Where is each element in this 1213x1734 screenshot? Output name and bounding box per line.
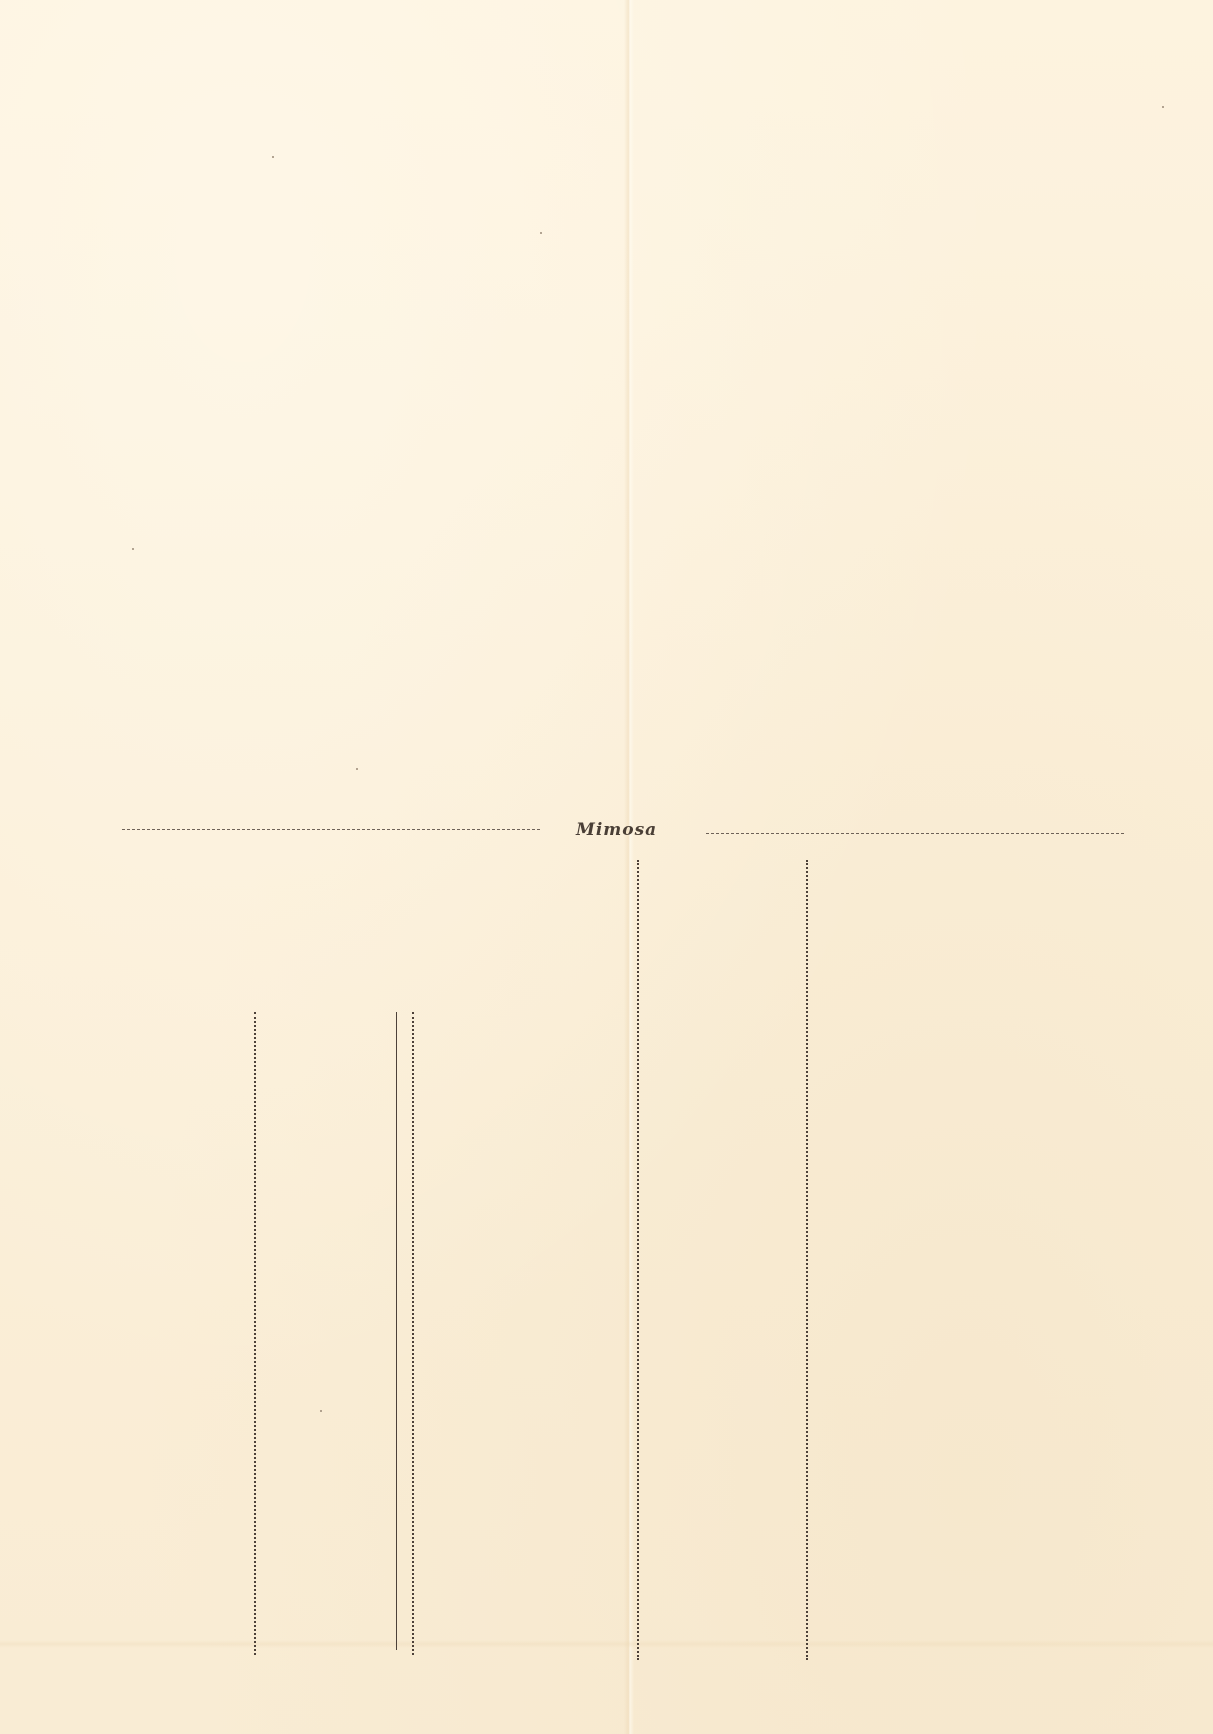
paper-speck	[1162, 106, 1164, 108]
column-divider-2	[396, 1012, 397, 1650]
column-divider-1	[254, 1012, 256, 1655]
column-divider-4	[637, 860, 639, 1660]
paper-speck	[272, 156, 274, 158]
paper-background	[0, 0, 1213, 1734]
page-title: Mimosa	[576, 820, 657, 840]
column-divider-5	[806, 860, 808, 1660]
column-divider-3	[412, 1012, 414, 1655]
vertical-fold-crease	[624, 0, 634, 1734]
paper-speck	[356, 768, 358, 770]
header-rule-right	[706, 833, 1124, 834]
paper-speck	[540, 232, 542, 234]
header-rule-left	[122, 829, 540, 830]
paper-speck	[320, 1410, 322, 1412]
paper-speck	[132, 548, 134, 550]
horizontal-fold-crease	[0, 1640, 1213, 1648]
